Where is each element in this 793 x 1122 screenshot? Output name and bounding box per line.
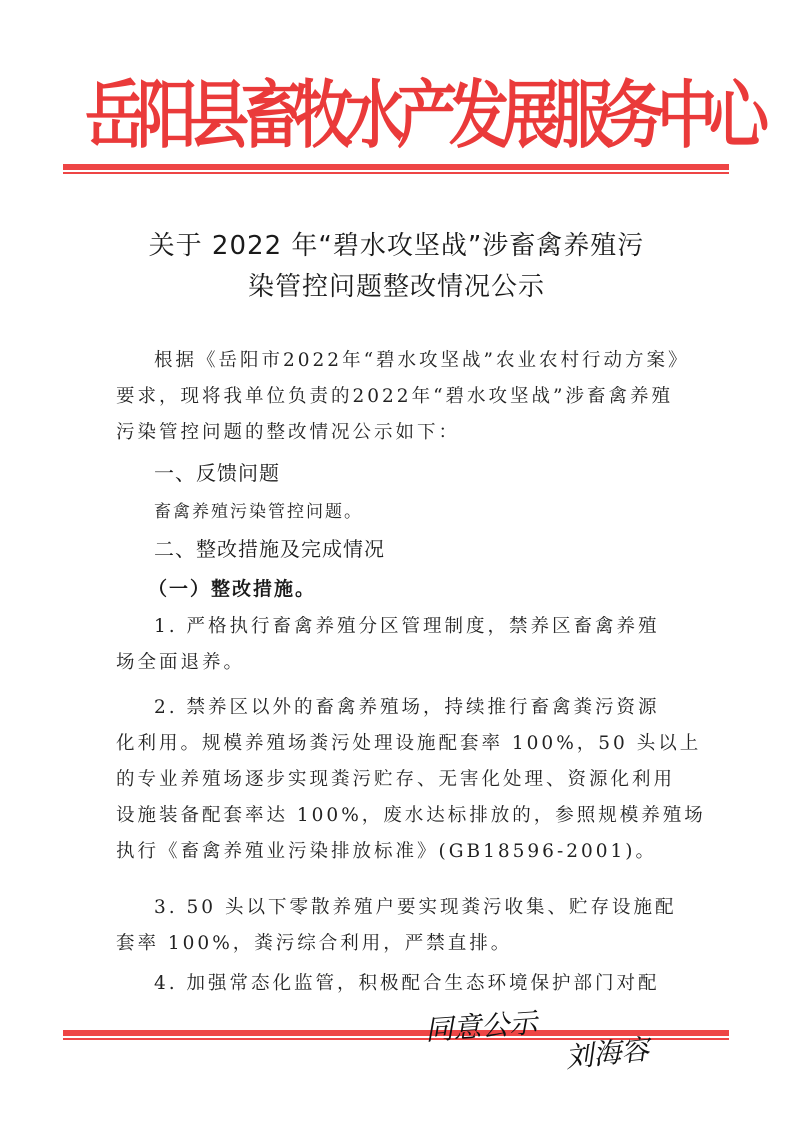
item-2-line-2: 化利用。规模养殖场粪污处理设施配套率 100%，50 头以上 bbox=[116, 729, 696, 755]
intro-line-3: 污染管控问题的整改情况公示如下： bbox=[116, 418, 696, 444]
section-1-heading: 一、反馈问题 bbox=[154, 457, 280, 486]
section-2-subheading: （一）整改措施。 bbox=[148, 574, 316, 601]
masthead-char: 阳 bbox=[137, 79, 189, 152]
item-3-line-2: 套率 100%，粪污综合利用，严禁直排。 bbox=[116, 929, 696, 955]
masthead-red-rule bbox=[63, 164, 729, 174]
item-2-line-4: 设施装备配套率达 100%，废水达标排放的，参照规模养殖场 bbox=[116, 801, 696, 827]
item-2-line-1: 2. 禁养区以外的畜禽养殖场，持续推行畜禽粪污资源 bbox=[154, 693, 734, 719]
document-title-line-1: 关于 2022 年“碧水攻坚战”涉畜禽养殖污 bbox=[0, 225, 793, 262]
masthead-char: 水 bbox=[345, 79, 397, 152]
masthead-char: 中 bbox=[657, 79, 709, 152]
item-3-line-1: 3. 50 头以下零散养殖户要实现粪污收集、贮存设施配 bbox=[154, 893, 734, 919]
intro-line-2: 要求，现将我单位负责的2022年“碧水攻坚战”涉畜禽养殖 bbox=[116, 382, 696, 408]
masthead-char: 产 bbox=[397, 79, 449, 152]
item-4-line-1: 4. 加强常态化监管，积极配合生态环境保护部门对配 bbox=[154, 969, 734, 995]
item-1-line-2: 场全面退养。 bbox=[116, 648, 696, 674]
intro-line-1: 根据《岳阳市2022年“碧水攻坚战”农业农村行动方案》 bbox=[154, 346, 734, 372]
item-1-line-1: 1. 严格执行畜禽养殖分区管理制度，禁养区畜禽养殖 bbox=[154, 612, 734, 638]
section-1-body: 畜禽养殖污染管控问题。 bbox=[154, 497, 734, 522]
item-2-line-5: 执行《畜禽养殖业污染排放标准》(GB18596-2001)。 bbox=[116, 837, 696, 863]
masthead-char: 畜 bbox=[241, 79, 293, 152]
masthead-char: 发 bbox=[449, 79, 501, 152]
masthead-char: 展 bbox=[501, 79, 553, 152]
masthead-char: 务 bbox=[605, 79, 657, 152]
masthead-char: 县 bbox=[189, 79, 241, 152]
masthead-org-name: 岳 阳 县 畜 牧 水 产 发 展 服 务 中 心 bbox=[85, 76, 710, 156]
masthead-char: 牧 bbox=[293, 79, 345, 152]
masthead-char: 服 bbox=[553, 79, 605, 152]
item-2-line-3: 的专业养殖场逐步实现粪污贮存、无害化处理、资源化利用 bbox=[116, 765, 696, 791]
handwritten-approval-note: 同意公示 bbox=[424, 1001, 539, 1049]
document-title-line-2: 染管控问题整改情况公示 bbox=[0, 266, 793, 303]
handwritten-signature: 刘海容 bbox=[563, 1028, 651, 1077]
masthead-char: 岳 bbox=[85, 79, 137, 152]
masthead-char: 心 bbox=[709, 79, 761, 152]
section-2-heading: 二、整改措施及完成情况 bbox=[154, 533, 385, 562]
